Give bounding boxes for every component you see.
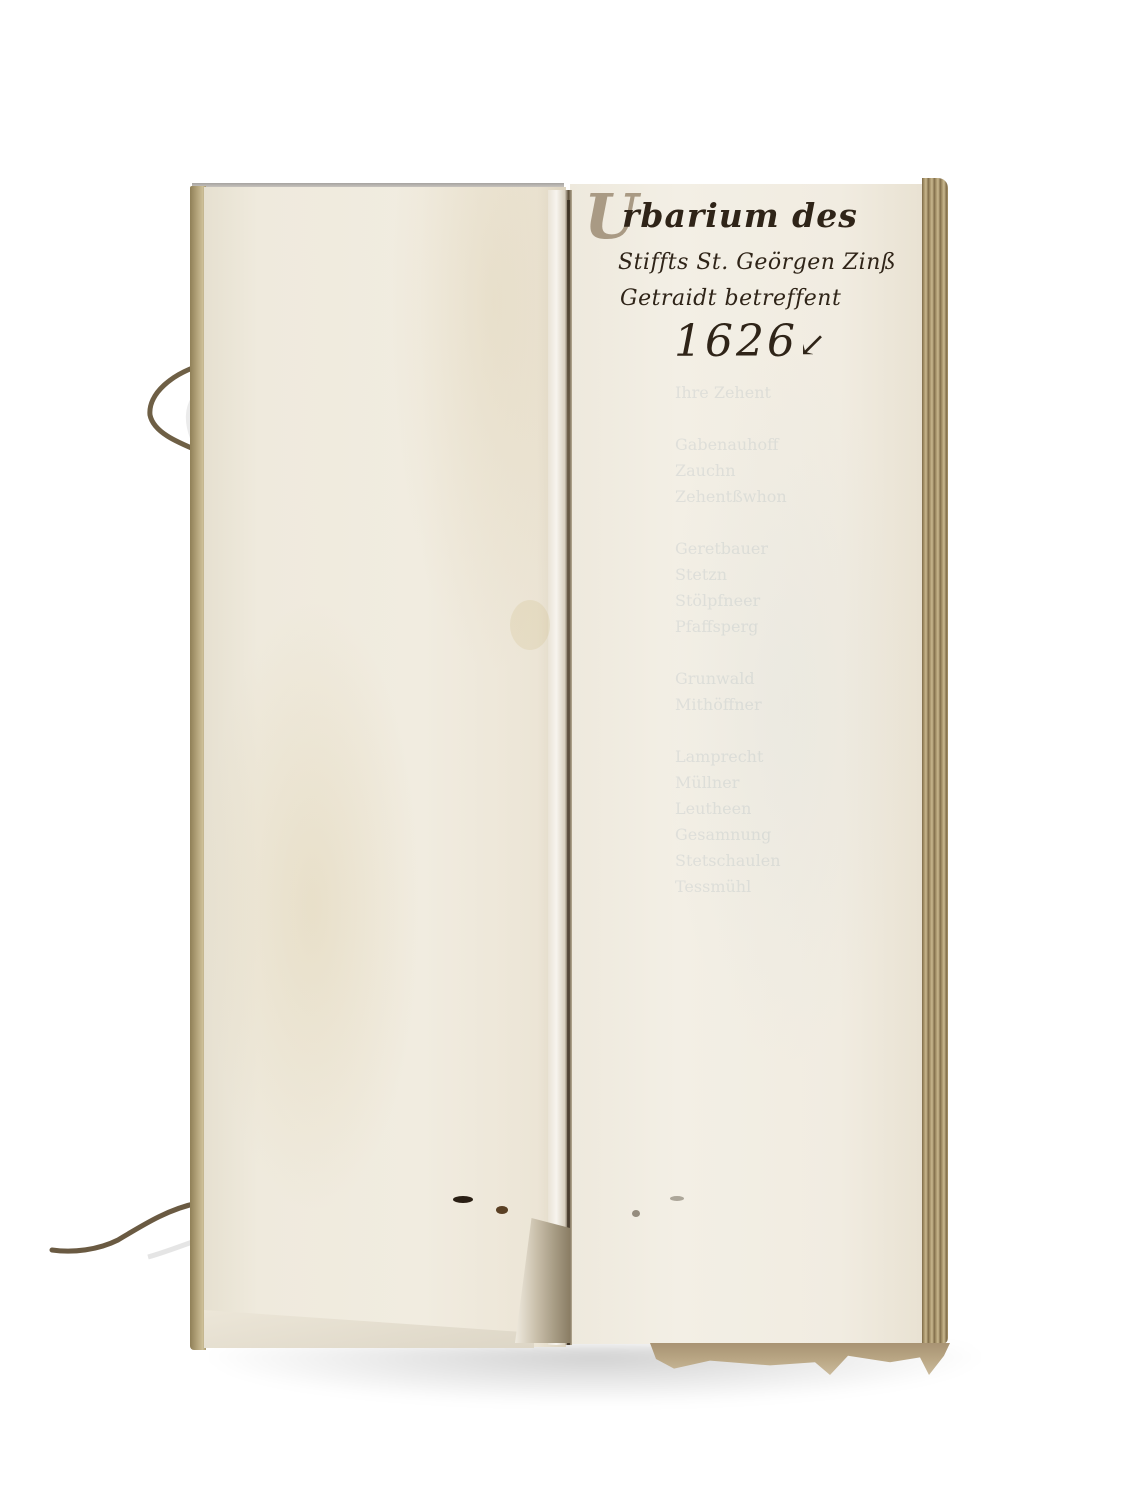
flourish-mark: ↙ xyxy=(798,325,830,365)
page-block-fore-edge xyxy=(922,178,948,1344)
title-line-1: rbarium des xyxy=(622,196,858,235)
ink-spot xyxy=(632,1210,640,1217)
bleed-through-text: Ihre Zehent Gabenauhoff Zauchn Zehentßwh… xyxy=(675,380,875,1080)
ink-spot xyxy=(453,1196,473,1203)
stain xyxy=(510,600,550,650)
title-line-3: Getraidt betreffent xyxy=(620,286,841,311)
title-year: 1626↙ xyxy=(674,316,829,367)
gutter-fold-line xyxy=(567,200,570,1345)
title-line-2: Stiffts St. Geörgen Zinß xyxy=(618,250,896,275)
lower-binding-string xyxy=(48,1195,208,1265)
left-blank-page xyxy=(204,187,566,1347)
manuscript-photo: Ihre Zehent Gabenauhoff Zauchn Zehentßwh… xyxy=(0,0,1144,1500)
ink-spot xyxy=(496,1206,508,1214)
ink-spot xyxy=(670,1196,684,1201)
